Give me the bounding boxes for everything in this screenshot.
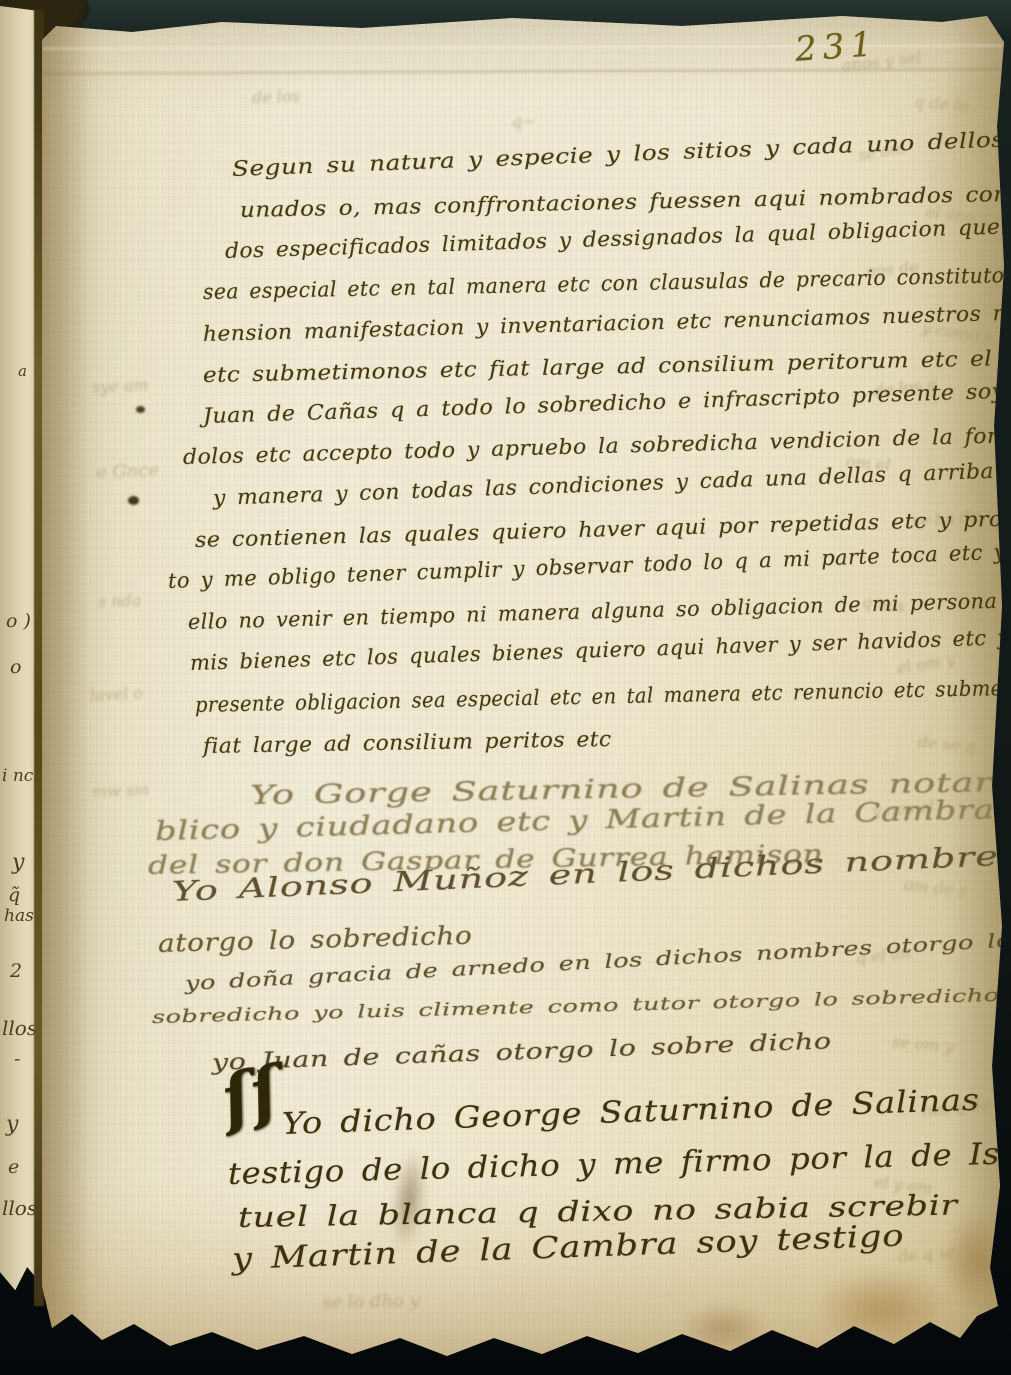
bleedthrough-text: om el <box>845 454 891 474</box>
laid-paper-texture <box>42 6 1004 1368</box>
manuscript-line: etc submetimonos etc fiat large ad consi… <box>203 345 1011 387</box>
bleedthrough-text: s nda <box>98 592 142 610</box>
bleedthrough-text: se om <box>857 141 906 164</box>
ink-speck <box>136 406 145 413</box>
margin-fragment: o <box>10 658 21 677</box>
bleedthrough-text: q~ <box>512 114 536 130</box>
bleedthrough-text: de se q <box>917 734 976 755</box>
manuscript-photo: a o ) o i nci y q̃ has 2 llos - y e llos… <box>0 0 1011 1375</box>
margin-fragment: i nci <box>2 768 39 785</box>
foxing-stain <box>678 1302 770 1354</box>
manuscript-line: dos especificados limitados y dessignado… <box>225 213 1011 263</box>
paper-crease <box>42 44 1004 49</box>
otorgamiento-line: yo Juan de cañas otorgo lo sobre dicho <box>212 1030 832 1076</box>
binding-headband <box>0 0 94 49</box>
bleedthrough-text: y como s <box>921 320 993 346</box>
margin-fragment: im <box>4 1330 31 1351</box>
bleedthrough-text: e Gnce <box>96 462 160 482</box>
manuscript-line: ello no venir en tiempo ni manera alguna… <box>188 587 1011 634</box>
page-vignette <box>42 6 1004 1368</box>
bleedthrough-text: de los <box>252 88 300 106</box>
manuscript-line: sea especial etc en tal manera etc con c… <box>203 263 1011 304</box>
bleedthrough-text: de los q <box>873 376 938 400</box>
witness-line: del sor don Gaspar de Gurrea hamison <box>148 840 824 879</box>
manuscript-line: presente obligacion sea especial etc en … <box>195 675 1011 717</box>
bleedthrough-text: q de lo <box>913 94 969 115</box>
bleedthrough-text: mw sm <box>92 782 150 800</box>
otorgamiento-line: sobredicho yo luis climente como tutor o… <box>152 986 1008 1028</box>
bleedthrough-text: y nos el <box>871 799 934 820</box>
bleedthrough-text: se ha de <box>911 508 980 530</box>
margin-fragment: has <box>4 908 34 925</box>
bleedthrough-text: de q se <box>897 1244 956 1265</box>
otorgamiento-line: yo doña gracia de arnedo en los dichos n… <box>184 929 1011 994</box>
foxing-stain <box>812 1268 952 1350</box>
bleedthrough-text: nos q de <box>921 1097 991 1120</box>
bleedthrough-text: q nos <box>861 594 906 615</box>
margin-fragment: 2 <box>10 962 22 981</box>
signature-line: Yo dicho George Saturnino de Salinas soy <box>281 1081 1011 1141</box>
manuscript-line: mis bienes etc los quales bienes quiero … <box>190 624 1011 675</box>
otorgamiento-line: Yo Alonso Muñoz en los dichos nombres <box>171 841 1011 908</box>
manuscript-page: 231 anos y sel q de lo se om el ano q no… <box>42 6 1004 1368</box>
manuscript-line: unados o, mas conffrontaciones fuessen a… <box>240 181 1011 222</box>
witness-line: Yo Gorge Saturnino de Salinas notario pu <box>250 767 1011 810</box>
otorgamiento-line: atorgo lo sobredicho <box>158 922 473 958</box>
signature-line: y Martin de la Cambra soy testigo <box>231 1220 904 1276</box>
margin-fragment: o ) <box>6 612 31 631</box>
manuscript-line: Segun su natura y especie y los sitios y… <box>232 126 1011 181</box>
bleedthrough-text: se lo dho y <box>322 1292 420 1312</box>
bottom-toning <box>42 1211 1004 1371</box>
manuscript-line: hension manifestacion y inventariacion e… <box>203 300 1011 346</box>
bleedthrough-text: om de s <box>903 877 967 899</box>
margin-fragment: a <box>18 364 27 379</box>
ink-speck <box>128 496 139 505</box>
bleedthrough-text: lavel o <box>90 685 144 704</box>
manuscript-line: y manera y con todas las condiciones y c… <box>213 460 995 510</box>
bleedthrough-text: q el an <box>855 944 911 967</box>
bleedthrough-text: el y om <box>873 1174 933 1197</box>
paper-crease <box>42 67 1004 75</box>
margin-fragment: llos <box>2 1018 37 1038</box>
paraph-flourish: ſſ <box>216 1057 285 1133</box>
manuscript-line: fiat large ad consilium peritos etc <box>203 728 612 758</box>
manuscript-line: Juan de Cañas q a todo lo sobredicho e i… <box>203 378 1011 428</box>
foxing-stain <box>940 1211 1011 1309</box>
margin-fragment: - <box>14 1050 20 1069</box>
signature-line: testigo de lo dicho y me firmo por la de… <box>228 1136 1011 1191</box>
bleedthrough-text: se om y <box>891 1034 954 1055</box>
margin-fragment: llos <box>2 1198 37 1218</box>
bleedthrough-text: sye am <box>92 377 149 396</box>
signature-line: tuel la blanca q dixo no sabia screbir <box>238 1190 958 1233</box>
manuscript-line: to y me obligo tener cumplir y observar … <box>168 538 1011 593</box>
margin-fragment: q̃ <box>8 886 20 905</box>
manuscript-line: dolos etc accepto todo y apruebo la sobr… <box>183 424 1011 469</box>
bleedthrough-text: el ano q <box>925 204 991 227</box>
witness-line: blico y ciudadano etc y Martin de la Cam… <box>155 793 1011 847</box>
folio-number: 231 <box>794 27 879 67</box>
ink-smudge <box>388 1151 429 1250</box>
bleedthrough-text: nos de <box>865 259 919 280</box>
binding-gutter <box>34 10 44 1306</box>
margin-fragment: y <box>6 1114 18 1136</box>
manuscript-line: se contienen las quales quiero haver aqu… <box>195 507 1011 552</box>
bleedthrough-text: anos y sel <box>841 50 922 74</box>
margin-fragment: y <box>12 852 24 874</box>
bleedthrough-text: el om y <box>896 652 956 677</box>
edge-toning <box>928 76 1011 636</box>
previous-page-edge: a o ) o i nci y q̃ has 2 llos - y e llos… <box>0 6 40 1298</box>
margin-fragment: e <box>8 1158 19 1177</box>
